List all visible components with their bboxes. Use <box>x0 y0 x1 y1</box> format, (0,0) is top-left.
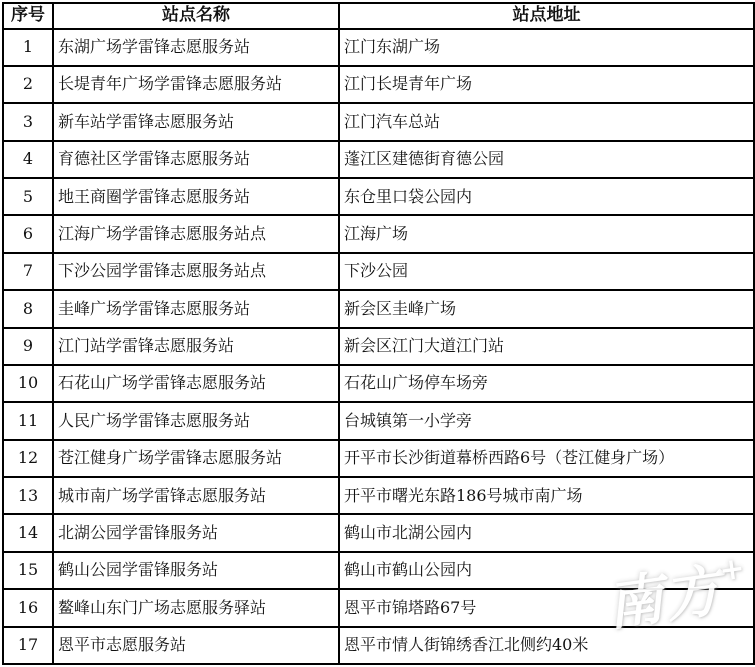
table-row: 17恩平市志愿服务站恩平市情人街锦绣香江北侧约40米 <box>3 627 754 664</box>
site-address-cell: 新会区江门大道江门站 <box>339 328 754 365</box>
table-row: 12苍江健身广场学雷锋志愿服务站开平市长沙街道幕桥西路6号（苍江健身广场） <box>3 440 754 477</box>
header-site-name: 站点名称 <box>53 3 339 29</box>
site-address-cell: 江海广场 <box>339 215 754 252</box>
site-name-cell: 人民广场学雷锋志愿服务站 <box>53 402 339 439</box>
site-name-cell: 圭峰广场学雷锋志愿服务站 <box>53 290 339 327</box>
site-address-cell: 江门东湖广场 <box>339 29 754 66</box>
site-name-cell: 新车站学雷锋志愿服务站 <box>53 103 339 140</box>
site-address-cell: 鹤山市北湖公园内 <box>339 514 754 551</box>
row-number-cell: 9 <box>3 328 53 365</box>
site-name-cell: 北湖公园学雷锋服务站 <box>53 514 339 551</box>
table-row: 1东湖广场学雷锋志愿服务站江门东湖广场 <box>3 29 754 66</box>
row-number-cell: 13 <box>3 477 53 514</box>
table-row: 11人民广场学雷锋志愿服务站台城镇第一小学旁 <box>3 402 754 439</box>
site-name-cell: 地王商圈学雷锋志愿服务站 <box>53 178 339 215</box>
site-address-cell: 开平市长沙街道幕桥西路6号（苍江健身广场） <box>339 440 754 477</box>
site-address-cell: 江门汽车总站 <box>339 103 754 140</box>
site-address-cell: 江门长堤青年广场 <box>339 66 754 103</box>
row-number-cell: 5 <box>3 178 53 215</box>
site-name-cell: 恩平市志愿服务站 <box>53 627 339 664</box>
table-row: 3新车站学雷锋志愿服务站江门汽车总站 <box>3 103 754 140</box>
table-row: 14北湖公园学雷锋服务站鹤山市北湖公园内 <box>3 514 754 551</box>
row-number-cell: 12 <box>3 440 53 477</box>
header-site-address: 站点地址 <box>339 3 754 29</box>
table-row: 4育德社区学雷锋志愿服务站蓬江区建德街育德公园 <box>3 141 754 178</box>
site-address-cell: 新会区圭峰广场 <box>339 290 754 327</box>
site-name-cell: 长堤青年广场学雷锋志愿服务站 <box>53 66 339 103</box>
site-name-cell: 江海广场学雷锋志愿服务站点 <box>53 215 339 252</box>
row-number-cell: 6 <box>3 215 53 252</box>
site-address-cell: 石花山广场停车场旁 <box>339 365 754 402</box>
site-name-cell: 苍江健身广场学雷锋志愿服务站 <box>53 440 339 477</box>
site-name-cell: 石花山广场学雷锋志愿服务站 <box>53 365 339 402</box>
site-address-cell: 蓬江区建德街育德公园 <box>339 141 754 178</box>
row-number-cell: 3 <box>3 103 53 140</box>
site-address-cell: 鹤山市鹤山公园内 <box>339 552 754 589</box>
table-body: 1东湖广场学雷锋志愿服务站江门东湖广场2长堤青年广场学雷锋志愿服务站江门长堤青年… <box>3 29 754 664</box>
row-number-cell: 10 <box>3 365 53 402</box>
table-row: 13城市南广场学雷锋志愿服务站开平市曙光东路186号城市南广场 <box>3 477 754 514</box>
site-address-cell: 恩平市锦塔路67号 <box>339 589 754 626</box>
row-number-cell: 1 <box>3 29 53 66</box>
row-number-cell: 7 <box>3 253 53 290</box>
site-name-cell: 城市南广场学雷锋志愿服务站 <box>53 477 339 514</box>
table-row: 16鳌峰山东门广场志愿服务驿站恩平市锦塔路67号 <box>3 589 754 626</box>
table-row: 7下沙公园学雷锋志愿服务站点下沙公园 <box>3 253 754 290</box>
table-row: 8圭峰广场学雷锋志愿服务站新会区圭峰广场 <box>3 290 754 327</box>
site-address-cell: 开平市曙光东路186号城市南广场 <box>339 477 754 514</box>
row-number-cell: 15 <box>3 552 53 589</box>
row-number-cell: 14 <box>3 514 53 551</box>
site-address-cell: 下沙公园 <box>339 253 754 290</box>
table-row: 15鹤山公园学雷锋服务站鹤山市鹤山公园内 <box>3 552 754 589</box>
table-row: 9江门站学雷锋志愿服务站新会区江门大道江门站 <box>3 328 754 365</box>
site-name-cell: 下沙公园学雷锋志愿服务站点 <box>53 253 339 290</box>
table-row: 2长堤青年广场学雷锋志愿服务站江门长堤青年广场 <box>3 66 754 103</box>
row-number-cell: 17 <box>3 627 53 664</box>
table-row: 10石花山广场学雷锋志愿服务站石花山广场停车场旁 <box>3 365 754 402</box>
row-number-cell: 16 <box>3 589 53 626</box>
header-serial-number: 序号 <box>3 3 53 29</box>
row-number-cell: 11 <box>3 402 53 439</box>
site-name-cell: 鹤山公园学雷锋服务站 <box>53 552 339 589</box>
row-number-cell: 4 <box>3 141 53 178</box>
row-number-cell: 2 <box>3 66 53 103</box>
site-address-cell: 恩平市情人街锦绣香江北侧约40米 <box>339 627 754 664</box>
site-name-cell: 东湖广场学雷锋志愿服务站 <box>53 29 339 66</box>
site-address-cell: 台城镇第一小学旁 <box>339 402 754 439</box>
header-row: 序号 站点名称 站点地址 <box>3 3 754 29</box>
site-name-cell: 育德社区学雷锋志愿服务站 <box>53 141 339 178</box>
stations-table-container: 序号 站点名称 站点地址 1东湖广场学雷锋志愿服务站江门东湖广场2长堤青年广场学… <box>2 2 753 665</box>
site-address-cell: 东仓里口袋公园内 <box>339 178 754 215</box>
service-stations-table: 序号 站点名称 站点地址 1东湖广场学雷锋志愿服务站江门东湖广场2长堤青年广场学… <box>2 2 755 665</box>
site-name-cell: 江门站学雷锋志愿服务站 <box>53 328 339 365</box>
table-row: 5地王商圈学雷锋志愿服务站东仓里口袋公园内 <box>3 178 754 215</box>
site-name-cell: 鳌峰山东门广场志愿服务驿站 <box>53 589 339 626</box>
table-row: 6江海广场学雷锋志愿服务站点江海广场 <box>3 215 754 252</box>
row-number-cell: 8 <box>3 290 53 327</box>
